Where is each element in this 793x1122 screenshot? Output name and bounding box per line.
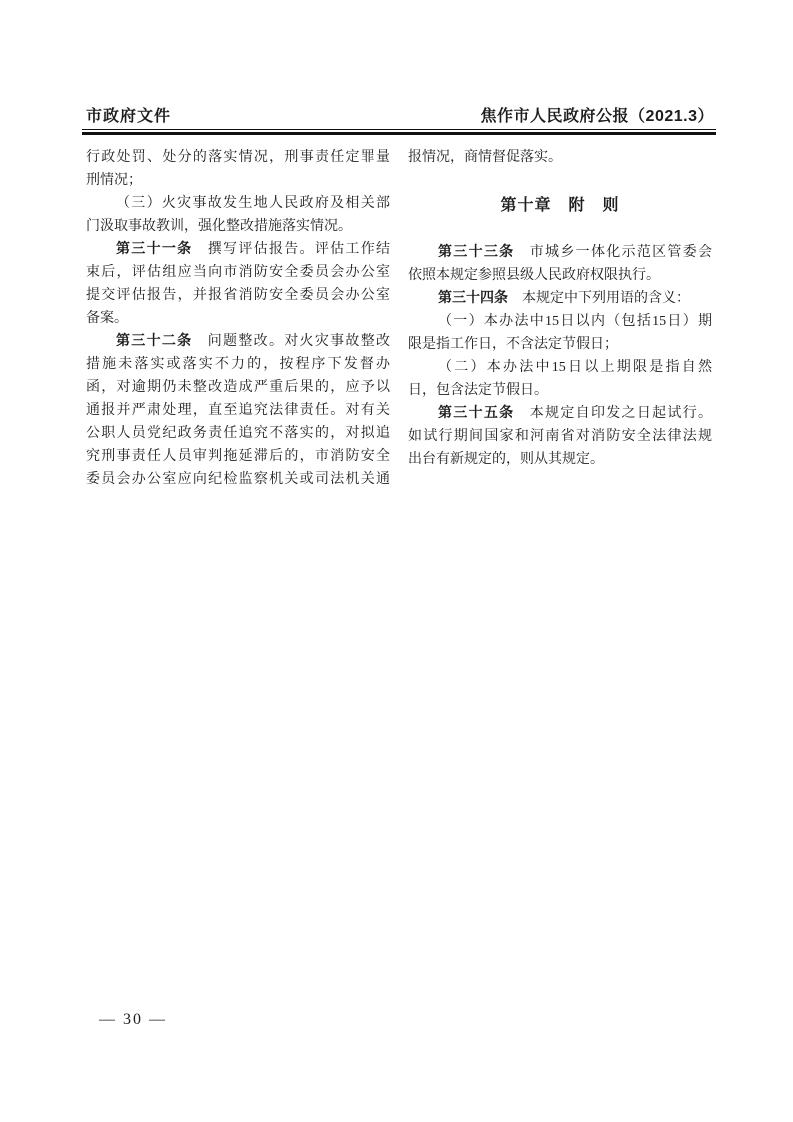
article-number: 第三十五条: [438, 406, 530, 421]
article-number: 第三十四条: [438, 291, 522, 306]
text-line: 依照本规定参照县级人民政府权限执行。: [408, 264, 712, 287]
text-line: 公职人员党纪政务责任追究不落实的，对拟追: [86, 422, 390, 445]
text-line: 第三十五条 本规定自印发之日起试行。: [408, 402, 712, 425]
text-line: 措施未落实或落实不力的，按程序下发督办: [86, 353, 390, 376]
text-line: （三）火灾事故发生地人民政府及相关部: [86, 192, 390, 215]
text-line: 第三十三条 市城乡一体化示范区管委会: [408, 241, 712, 264]
text-line: 究刑事责任人员审判拖延滞后的，市消防安全: [86, 445, 390, 468]
right-column: 报情况，商情督促落实。第十章 附 则第三十三条 市城乡一体化示范区管委会依照本规…: [408, 146, 712, 471]
text-line: 提交评估报告，并报省消防安全委员会办公室: [86, 284, 390, 307]
text-line: 行政处罚、处分的落实情况，刑事责任定罪量: [86, 146, 390, 169]
text-line: 函，对逾期仍未整改造成严重后果的，应予以: [86, 376, 390, 399]
text-line: （二）本办法中15日以上期限是指自然: [408, 356, 712, 379]
text-line: 报情况，商情督促落实。: [408, 146, 712, 169]
left-column: 行政处罚、处分的落实情况，刑事责任定罪量刑情况；（三）火灾事故发生地人民政府及相…: [86, 146, 390, 491]
text-line: 出台有新规定的，则从其规定。: [408, 448, 712, 471]
text-line: 委员会办公室应向纪检监察机关或司法机关通: [86, 468, 390, 491]
text-line: 第三十二条 问题整改。对火灾事故整改: [86, 330, 390, 353]
text-line: 日，包含法定节假日。: [408, 379, 712, 402]
text-line: 门汲取事故教训，强化整改措施落实情况。: [86, 215, 390, 238]
text-line: 通报并严肃处理，直至追究法律责任。对有关: [86, 399, 390, 422]
text-line: 第三十四条 本规定中下列用语的含义：: [408, 287, 712, 310]
header-rule-thin: [82, 129, 716, 130]
text-line: 刑情况；: [86, 169, 390, 192]
article-number: 第三十三条: [438, 245, 530, 260]
header-gazette-title: 焦作市人民政府公报（2021.3）: [481, 103, 714, 126]
text-line: 第三十一条 撰写评估报告。评估工作结: [86, 238, 390, 261]
article-number: 第三十二条: [116, 334, 208, 349]
text-line: 如试行期间国家和河南省对消防安全法律法规: [408, 425, 712, 448]
gazette-page: 市政府文件 焦作市人民政府公报（2021.3） 行政处罚、处分的落实情况，刑事责…: [0, 0, 793, 1122]
text-line: 束后，评估组应当向市消防安全委员会办公室: [86, 261, 390, 284]
text-line: （一）本办法中15日以内（包括15日）期: [408, 310, 712, 333]
text-line: 备案。: [86, 307, 390, 330]
chapter-heading: 第十章 附 则: [408, 194, 712, 217]
page-number: — 30 —: [99, 1011, 167, 1029]
header-doc-type: 市政府文件: [86, 103, 171, 126]
article-number: 第三十一条: [116, 242, 208, 257]
text-line: 限是指工作日，不含法定节假日；: [408, 333, 712, 356]
header-rule-thick: [82, 132, 716, 135]
